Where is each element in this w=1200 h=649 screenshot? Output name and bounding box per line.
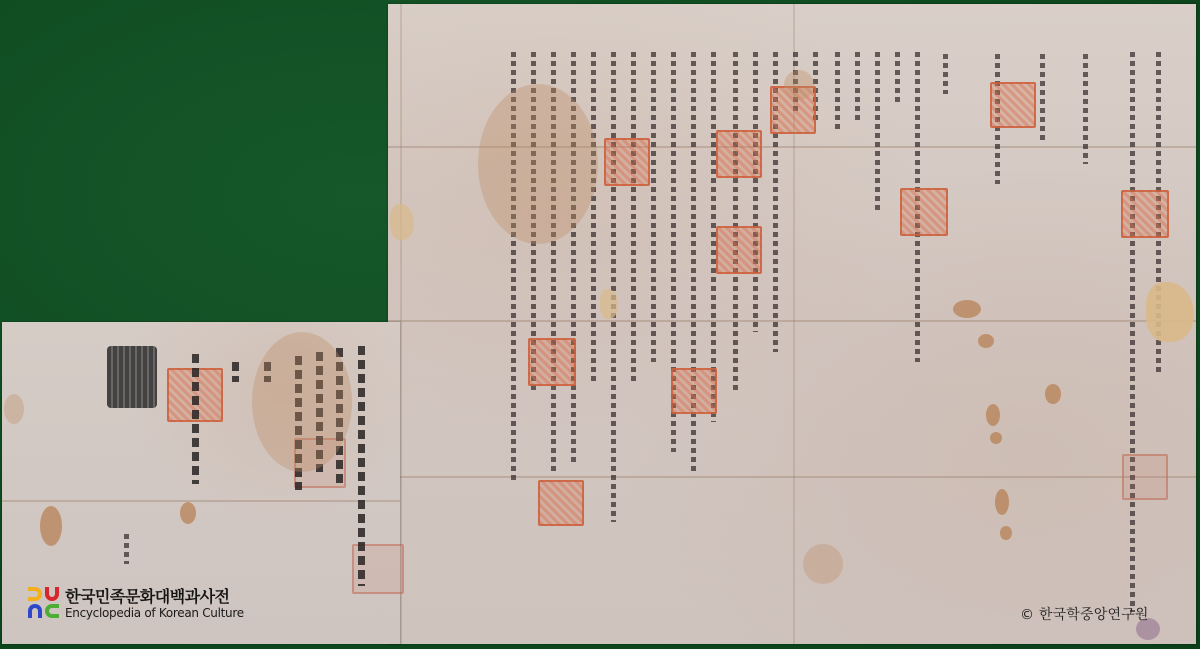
- red-seal: [716, 226, 762, 274]
- stain: [990, 432, 1002, 444]
- text-column: [651, 52, 656, 362]
- stain: [4, 394, 24, 424]
- text-column: [733, 52, 738, 392]
- text-column: [753, 52, 758, 332]
- text-column: [895, 52, 900, 102]
- encyclopedia-logo-icon: [28, 587, 60, 621]
- copyright-notice: © 한국학중앙연구원: [1020, 604, 1149, 624]
- red-seal: [1121, 190, 1169, 238]
- text-column: [943, 54, 948, 94]
- red-seal: [671, 368, 717, 414]
- red-seal: [528, 338, 576, 386]
- stain: [40, 506, 62, 546]
- red-seal: [538, 480, 584, 526]
- stain: [478, 84, 598, 244]
- logo-title-english: Encyclopedia of Korean Culture: [65, 607, 244, 619]
- encyclopedia-logo: 한국민족문화대백과사전 Encyclopedia of Korean Cultu…: [28, 587, 244, 621]
- text-column: [875, 52, 880, 212]
- fold-line: [2, 500, 400, 502]
- stain: [995, 489, 1009, 515]
- red-seal: [990, 82, 1036, 128]
- text-column: [1130, 52, 1135, 612]
- logo-title-korean: 한국민족문화대백과사전: [65, 589, 244, 605]
- text-column: [124, 534, 129, 564]
- stain: [978, 334, 994, 348]
- text-column: [591, 52, 596, 382]
- text-column: [192, 354, 199, 484]
- text-column: [611, 52, 616, 522]
- text-column: [232, 362, 239, 382]
- damaged-area: [600, 289, 618, 319]
- text-column: [855, 52, 860, 122]
- fold-line: [388, 320, 1196, 322]
- stain: [784, 70, 814, 100]
- text-column: [1083, 54, 1088, 164]
- stain: [1000, 526, 1012, 540]
- stain: [252, 332, 352, 472]
- stain: [1045, 384, 1061, 404]
- red-seal: [604, 138, 650, 186]
- damaged-area: [1146, 282, 1194, 342]
- red-seal: [716, 130, 762, 178]
- text-column: [1040, 54, 1045, 144]
- fold-line: [388, 476, 1196, 478]
- stain: [953, 300, 981, 318]
- faint-seal: [1122, 454, 1168, 500]
- black-seal: [107, 346, 157, 408]
- damaged-area: [390, 204, 414, 240]
- stain: [986, 404, 1000, 426]
- red-seal: [900, 188, 948, 236]
- text-column: [835, 52, 840, 132]
- document-sheet-right: [388, 4, 1196, 644]
- stain: [803, 544, 843, 584]
- text-column: [631, 52, 636, 382]
- text-column: [358, 346, 365, 586]
- stain: [180, 502, 196, 524]
